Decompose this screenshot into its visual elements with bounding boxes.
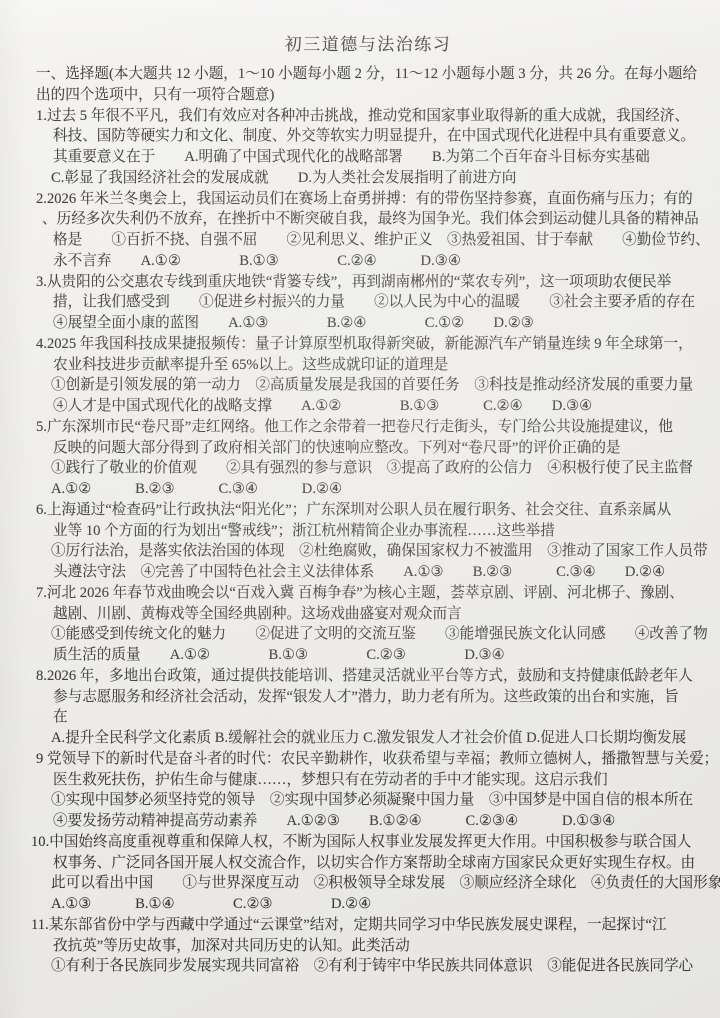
- text-line: ①创新是引领发展的第一动力 ②高质量发展是我国的首要任务 ③科技是推动经济发展的…: [51, 375, 700, 396]
- text-line: ①有利于各民族同步发展实现共同富裕 ②有利于铸牢中华民族共同体意识 ③能促进各民…: [51, 956, 700, 977]
- text-line: 永不言弃 A.①② B.①③ C.②④ D.③④: [53, 251, 700, 272]
- scanned-exam-page: 初三道德与法治练习 一、选择题(本大题共 12 小题，1～10 小题每小题 2 …: [0, 0, 720, 1018]
- text-line: 2.2026 年米兰冬奥会上，我国运动员们在赛场上奋勇拼搏：有的带伤坚持参赛，直…: [36, 189, 700, 210]
- text-line: 11.某东部省份中学与西藏中学通过“云课堂”结对，定期共同学习中华民族发展史课程…: [31, 915, 700, 936]
- text-line: 9 党领导下的新时代是奋斗者的时代：农民辛勤耕作，收获希望与幸福；教师立德树人，…: [36, 749, 700, 770]
- text-line: ①实现中国梦必须坚持党的领导 ②实现中国梦必须凝聚中国力量 ③中国梦是中国自信的…: [51, 790, 700, 811]
- text-line: 、历经多次失利仍不放弃，在挫折中不断突破自我，最终为国争光。我们体会到运动健儿具…: [42, 209, 700, 230]
- text-line: 1.过去 5 年很不平凡，我们有效应对各种冲击挑战，推动党和国家事业取得新的重大…: [36, 106, 700, 127]
- text-line: 5.广东深圳市民“卷尺哥”走红网络。他工作之余带着一把卷尺行走街头，专门给公共设…: [36, 417, 700, 438]
- text-line: ④要发扬劳动精神提高劳动素养 A.①②③ B.①②④ C.②③④ D.①③④: [53, 811, 700, 832]
- text-line: ①践行了敬业的价值观 ②具有强烈的参与意识 ③提高了政府的公信力 ④积极行使了民…: [51, 458, 700, 479]
- text-line: ①厉行法治，是落实依法治国的体现 ②杜绝腐败，确保国家权力不被滥用 ③推动了国家…: [51, 541, 700, 562]
- text-line: 农业科技进步贡献率提升至 65%以上。这些成就印证的道理是: [53, 355, 700, 376]
- text-line: C.彰显了我国经济社会的发展成就 D.为人类社会发展指明了前进方向: [51, 168, 700, 189]
- text-line: 3.从贵阳的公交惠农专线到重庆地铁“背篓专线”，再到湖南郴州的“菜农专列”，这一…: [36, 272, 700, 293]
- page-title: 初三道德与法治练习: [36, 30, 700, 55]
- text-line: 头遵法守法 ④完善了中国特色社会主义法律体系 A.①③ B.②③ C.③④ D.…: [53, 562, 700, 583]
- text-line: 其重要意义在于 A.明确了中国式现代化的战略部署 B.为第二个百年奋斗目标夯实基…: [53, 147, 700, 168]
- text-line: 科技、国防等硬实力和文化、制度、外交等软实力明显提升，在中国式现代化进程中具有重…: [53, 126, 700, 147]
- text-line: 7.河北 2026 年春节戏曲晚会以“百戏入冀 百梅争春”为核心主题，荟萃京剧、…: [36, 583, 700, 604]
- text-line: 参与志愿服务和经济社会活动，发挥“银发人才”潜力，助力老有所为。这些政策的出台和…: [53, 687, 700, 708]
- text-line: ①能感受到传统文化的魅力 ②促进了文明的交流互鉴 ③能增强民族文化认同感 ④改善…: [51, 624, 700, 645]
- text-line: 医生救死扶伤，护佑生命与健康……，梦想只有在劳动者的手中才能实现。这启示我们: [53, 770, 700, 791]
- text-line: 此可以看出中国 ①与世界深度互动 ②积极领导全球发展 ③顺应经济全球化 ④负责任…: [51, 873, 700, 894]
- text-line: 在: [53, 707, 700, 728]
- text-line: 6.上海通过“检查码”让行政执法“阳光化”；广东深圳对公职人员在履行职务、社会交…: [36, 500, 700, 521]
- page-content: 初三道德与法治练习 一、选择题(本大题共 12 小题，1～10 小题每小题 2 …: [36, 30, 700, 977]
- text-line: 业等 10 个方面的行为划出“警戒线”；浙江杭州精简企业办事流程……这些举措: [53, 521, 700, 542]
- text-line: A.①③ B.①④ C.②③ D.②④: [51, 894, 700, 915]
- text-line: 格是 ①百折不挠、自强不屈 ②见利思义、维护正义 ③热爱祖国、甘于奉献 ④勤俭节…: [53, 230, 700, 251]
- text-line: ④人才是中国式现代化的战略支撑 A.①② B.①③ C.②④ D.③④: [53, 396, 700, 417]
- text-line: 10.中国始终高度重视尊重和保障人权，不断为国际人权事业发展发挥更大作用。中国积…: [31, 832, 700, 853]
- text-line: 反映的问题大部分得到了政府相关部门的快速响应整改。下列对“卷尺哥”的评价正确的是: [53, 438, 700, 459]
- text-line: ④展望全面小康的蓝图 A.①③ B.②④ C.①② D.②③: [53, 313, 700, 334]
- text-line: 质生活的质量 A.①② B.①③ C.②③ D.③④: [53, 645, 700, 666]
- text-line: 措，让我们感受到 ①促进乡村振兴的力量 ②以人民为中心的温暖 ③社会主要矛盾的存…: [53, 292, 700, 313]
- text-line: A.提升全民科学文化素质 B.缓解社会的就业压力 C.激发银发人才社会价值 D.…: [51, 728, 700, 749]
- document-body: 一、选择题(本大题共 12 小题，1～10 小题每小题 2 分，11～12 小题…: [36, 64, 700, 977]
- text-line: 4.2025 年我国科技成果捷报频传：量子计算原型机取得新突破，新能源汽车产销量…: [36, 334, 700, 355]
- text-line: 权事务、广泛同各国开展人权交流合作，以切实合作方案帮助全球南方国家民众更好实现生…: [53, 853, 700, 874]
- text-line: 出的四个选项中，只有一项符合题意): [36, 85, 700, 106]
- text-line: 一、选择题(本大题共 12 小题，1～10 小题每小题 2 分，11～12 小题…: [36, 64, 700, 85]
- text-line: 孜抗英”等历史故事，加深对共同历史的认知。此类活动: [53, 936, 700, 957]
- text-line: 8.2026 年，多地出台政策，通过提供技能培训、搭建灵活就业平台等方式，鼓励和…: [36, 666, 700, 687]
- text-line: 越剧、川剧、黄梅戏等全国经典剧种。这场戏曲盛宴对观众而言: [53, 604, 700, 625]
- text-line: A.①② B.②③ C.③④ D.②④: [51, 479, 700, 500]
